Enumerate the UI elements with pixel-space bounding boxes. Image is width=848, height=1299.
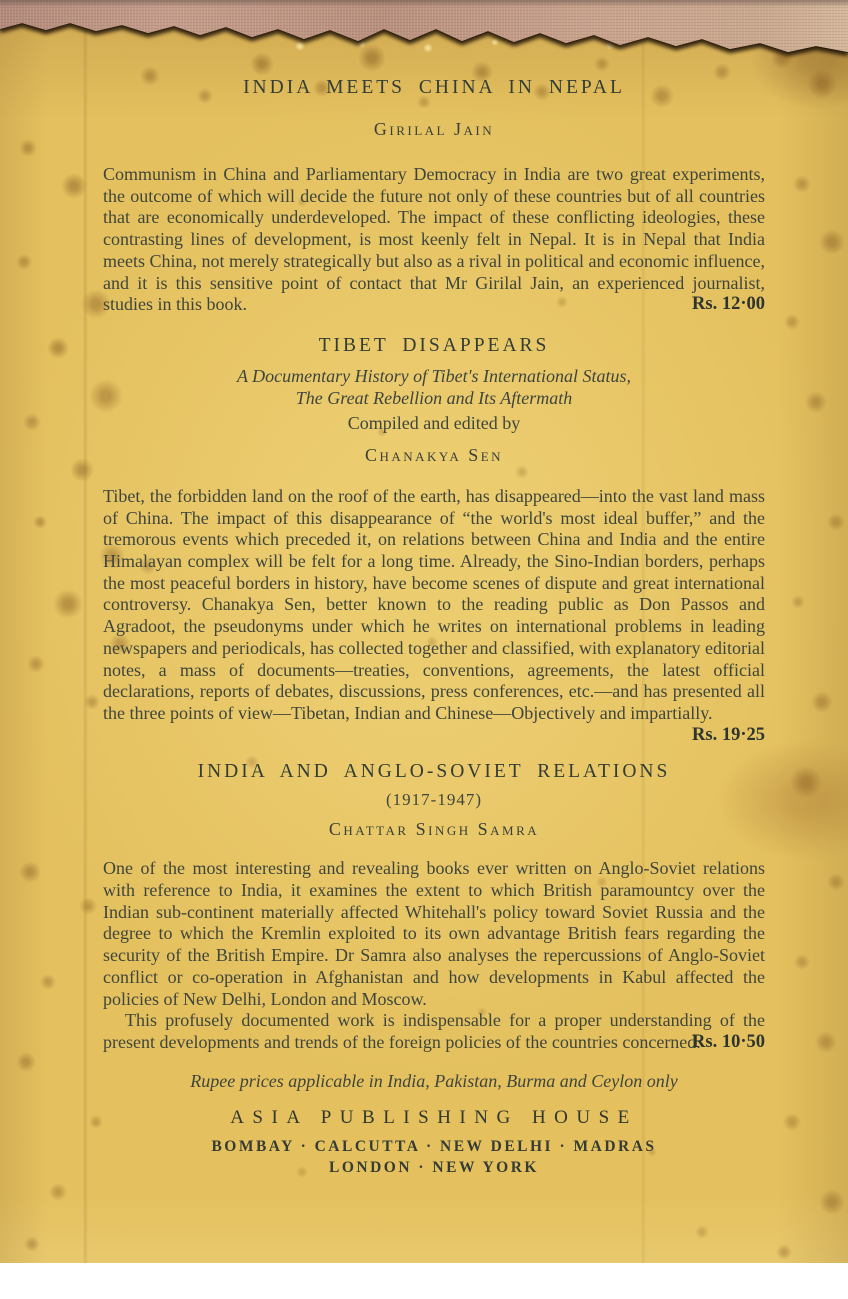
book-description: Tibet, the forbidden land on the roof of…	[103, 486, 765, 725]
price-note: Rupee prices applicable in India, Pakist…	[103, 1070, 765, 1092]
book-back-cover: INDIA MEETS CHINA IN NEPAL Girilal Jain …	[0, 0, 848, 1263]
book-years: (1917-1947)	[103, 790, 765, 810]
scanned-page: INDIA MEETS CHINA IN NEPAL Girilal Jain …	[0, 0, 848, 1299]
book-title: TIBET DISAPPEARS	[103, 334, 765, 358]
publisher-cities: BOMBAY · CALCUTTA · NEW DELHI · MADRAS	[103, 1138, 765, 1156]
edited-by-line: Compiled and edited by	[103, 412, 765, 434]
publisher-cities-2: LONDON · NEW YORK	[103, 1159, 765, 1177]
book-title: INDIA AND ANGLO-SOVIET RELATIONS	[103, 760, 765, 784]
publisher-imprint: ASIA PUBLISHING HOUSE BOMBAY · CALCUTTA …	[103, 1106, 765, 1177]
book-author: Girilal Jain	[103, 118, 765, 140]
book-subtitle: A Documentary History of Tibet's Interna…	[103, 365, 765, 387]
book-description: One of the most interesting and revealin…	[103, 858, 765, 1010]
book-description: This profusely documented work is indisp…	[103, 1010, 765, 1053]
book-section: INDIA MEETS CHINA IN NEPAL Girilal Jain …	[103, 76, 765, 316]
book-subtitle: The Great Rebellion and Its Aftermath	[103, 387, 765, 409]
book-author: Chanakya Sen	[103, 444, 765, 466]
book-title: INDIA MEETS CHINA IN NEPAL	[103, 76, 765, 100]
back-cover-text-column: INDIA MEETS CHINA IN NEPAL Girilal Jain …	[0, 0, 848, 1177]
publisher-name: ASIA PUBLISHING HOUSE	[103, 1106, 765, 1130]
book-author: Chattar Singh Samra	[103, 818, 765, 840]
book-price: Rs. 19·25	[103, 725, 765, 747]
book-description: Communism in China and Parliamentary Dem…	[103, 164, 765, 316]
book-section: TIBET DISAPPEARS A Documentary History o…	[103, 334, 765, 746]
book-section: INDIA AND ANGLO-SOVIET RELATIONS (1917-1…	[103, 760, 765, 1053]
